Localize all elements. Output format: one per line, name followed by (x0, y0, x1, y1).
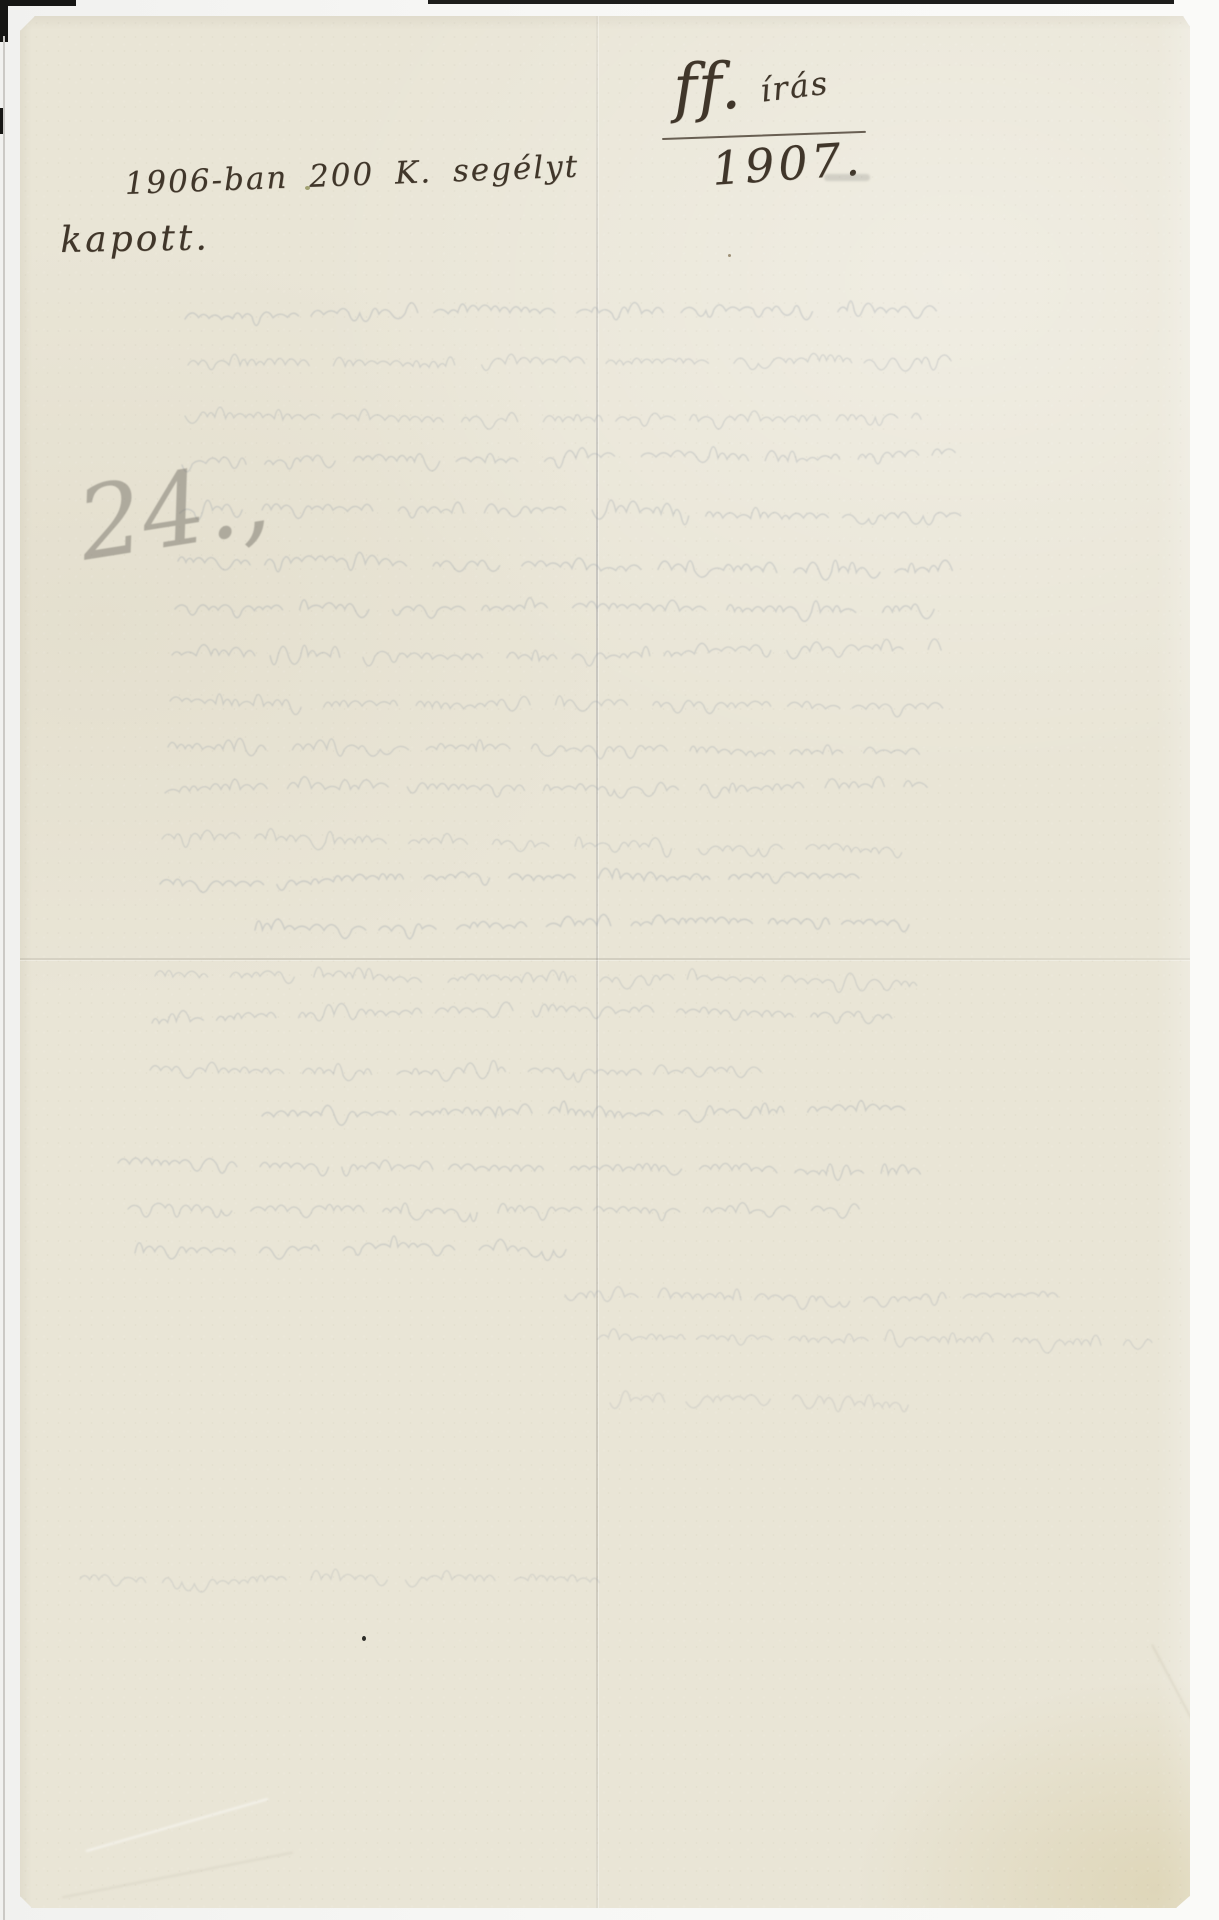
faint-text-line (175, 592, 930, 628)
archival-initials: ff. (672, 50, 743, 126)
faint-text-line (150, 1053, 758, 1089)
faint-text-line (262, 1099, 907, 1135)
faint-text-line (128, 1192, 853, 1228)
faint-text-line (178, 544, 946, 580)
faint-text-line (185, 399, 920, 435)
faint-text-line (152, 1006, 887, 1042)
faint-text-layer (20, 16, 1190, 1908)
faint-text-line (80, 1562, 600, 1598)
faint-text-line (165, 776, 923, 812)
faint-text-line (172, 638, 934, 674)
faint-text-line (162, 822, 904, 858)
faint-text-line (182, 448, 952, 484)
faint-text-line (565, 1278, 1055, 1314)
archival-year: 1907. (710, 131, 865, 195)
paper-speck (305, 186, 310, 190)
letter-paper: 1906-ban 200 K. segélyt kapott. ff. írás… (20, 16, 1190, 1908)
faint-text-line (160, 867, 865, 903)
faint-text-line (180, 496, 955, 532)
paper-speck (362, 1636, 366, 1641)
faint-text-line (168, 730, 916, 766)
faint-text-line (170, 684, 938, 720)
faint-text-line (610, 1386, 910, 1422)
faint-text-line (185, 302, 935, 338)
scanner-edge-artifact (0, 0, 76, 6)
faint-text-line (188, 348, 948, 384)
grant-note-line2: kapott. (60, 217, 210, 261)
faint-text-line (155, 959, 927, 995)
scan-margin-line (3, 36, 5, 1920)
scanner-edge-artifact (428, 0, 1174, 4)
faint-text-line (135, 1236, 565, 1272)
paper-speck (728, 254, 731, 257)
ink-smudge (824, 174, 870, 181)
faint-text-line (255, 913, 900, 949)
scan-page: 1906-ban 200 K. segélyt kapott. ff. írás… (0, 0, 1219, 1920)
faint-text-line (118, 1146, 913, 1182)
faint-text-line (598, 1322, 1146, 1358)
